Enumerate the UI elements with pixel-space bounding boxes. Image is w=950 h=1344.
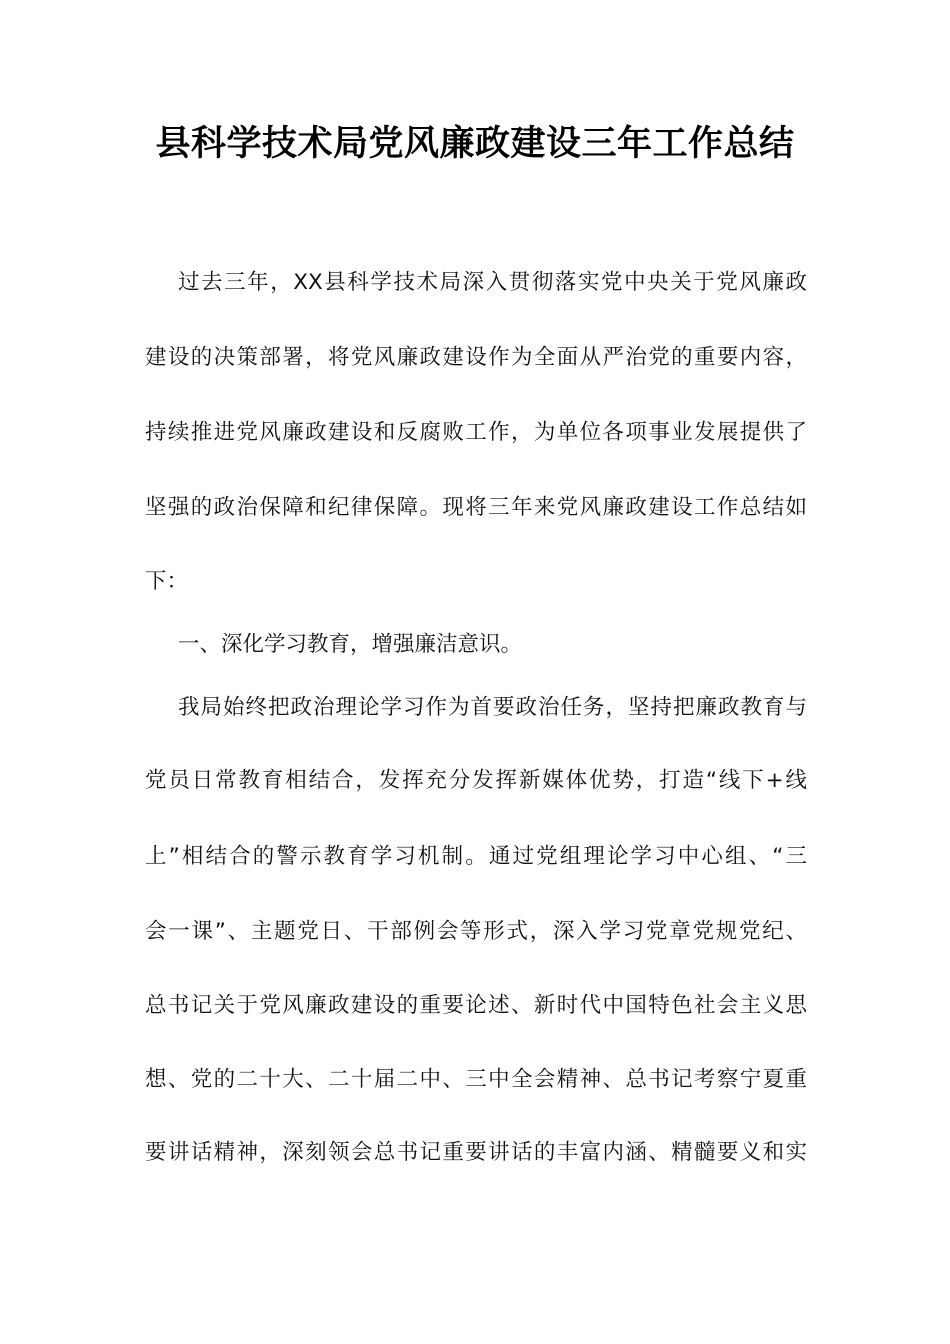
paragraph-line: 上”相结合的警示教育学习机制。通过党组理论学习中心组、“三 — [145, 842, 807, 872]
paragraph-line: 要讲话精神，深刻领会总书记重要讲话的丰富内涵、精髓要义和实 — [145, 1138, 807, 1168]
paragraph-line: 会一课”、主题党日、干部例会等形式，深入学习党章党规党纪、 — [145, 917, 807, 947]
document-page: 县科学技术局党风廉政建设三年工作总结 过去三年，XX县科学技术局深入贯彻落实党中… — [0, 0, 950, 1344]
paragraph-line: 想、党的二十大、二十届二中、三中全会精神、总书记考察宁夏重 — [145, 1065, 807, 1095]
paragraph-line: 我局始终把政治理论学习作为首要政治任务，坚持把廉政教育与 — [178, 693, 807, 723]
paragraph-line: 建设的决策部署，将党风廉政建设作为全面从严治党的重要内容， — [145, 343, 807, 373]
paragraph-line: 总书记关于党风廉政建设的重要论述、新时代中国特色社会主义思 — [145, 991, 807, 1021]
paragraph-line: 持续推进党风廉政建设和反腐败工作，为单位各项事业发展提供了 — [145, 418, 807, 448]
document-title: 县科学技术局党风廉政建设三年工作总结 — [0, 122, 950, 166]
paragraph-line: 下： — [145, 567, 807, 597]
paragraph-line: 过去三年，XX县科学技术局深入贯彻落实党中央关于党风廉政 — [178, 268, 807, 298]
section-heading: 一、深化学习教育，增强廉洁意识。 — [178, 630, 807, 660]
paragraph-line: 党员日常教育相结合，发挥充分发挥新媒体优势，打造“线下+线 — [145, 766, 807, 796]
paragraph-line: 坚强的政治保障和纪律保障。现将三年来党风廉政建设工作总结如 — [145, 493, 807, 523]
